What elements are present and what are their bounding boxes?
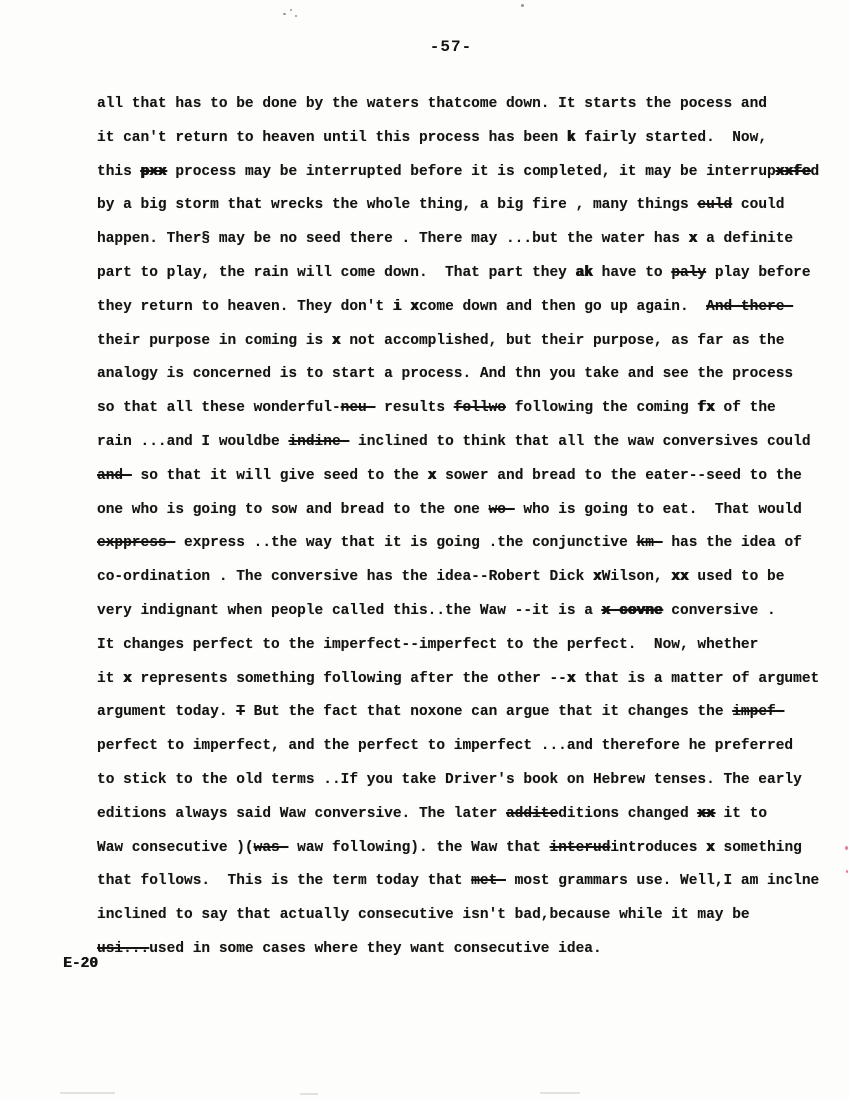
text-segment: a definite: [697, 231, 793, 247]
text-segment: introduces: [610, 840, 706, 856]
text-segment: it can't return to heaven until this pro…: [97, 130, 567, 146]
text-line: part to play, the rain will come down. T…: [97, 257, 817, 291]
text-segment: Waw consecutive )(: [97, 840, 254, 856]
text-segment: xx: [671, 569, 688, 585]
struck-text: interud: [550, 840, 611, 856]
text-segment: inclined to think that all the waw conve…: [349, 434, 810, 450]
struck-text: xxfe: [776, 164, 811, 180]
text-segment: ak: [576, 265, 593, 281]
scan-speck: [521, 4, 524, 7]
text-segment: has the idea of: [663, 535, 802, 551]
text-segment: so that all these wonderful-: [97, 400, 341, 416]
text-line: happen. Ther§ may be no seed there . The…: [97, 223, 817, 257]
text-line: one who is going to sow and bread to the…: [97, 494, 817, 528]
page-number: -57-: [26, 38, 850, 56]
text-segment: that follows. This is the term today tha…: [97, 873, 471, 889]
text-segment: of the: [715, 400, 776, 416]
struck-text: xx: [697, 806, 714, 822]
text-segment: fairly started. Now,: [576, 130, 767, 146]
struck-text: follwo: [454, 400, 506, 416]
text-segment: it: [97, 671, 123, 687]
text-segment: k: [567, 130, 576, 146]
text-segment: perfect to imperfect, and the perfect to…: [97, 738, 793, 754]
text-segment: Wilson,: [602, 569, 672, 585]
text-segment: argument today.: [97, 704, 236, 720]
text-line: by a big storm that wrecks the whole thi…: [97, 189, 817, 223]
text-segment: But the fact that noxone can argue that …: [245, 704, 732, 720]
scan-speck: [295, 15, 297, 17]
text-segment: used in some cases where they want conse…: [149, 941, 601, 957]
text-line: perfect to imperfect, and the perfect to…: [97, 730, 817, 764]
text-segment: to stick to the old terms ..If you take …: [97, 772, 802, 788]
text-segment: it to: [715, 806, 767, 822]
text-segment: their purpose in coming is: [97, 333, 332, 349]
text-line: analogy is concerned is to start a proce…: [97, 358, 817, 392]
text-line: so that all these wonderful-neu- results…: [97, 392, 817, 426]
text-segment: who is going to eat. That would: [515, 502, 802, 518]
document-body: all that has to be done by the waters th…: [97, 88, 817, 967]
text-line: inclined to say that actually consecutiv…: [97, 899, 817, 933]
scan-smudge: [300, 1093, 318, 1095]
text-line: it can't return to heaven until this pro…: [97, 122, 817, 156]
text-segment: results: [375, 400, 453, 416]
text-segment: that is a matter of argumet: [576, 671, 820, 687]
struck-text: addite: [506, 806, 558, 822]
text-segment: It changes perfect to the imperfect--imp…: [97, 637, 758, 653]
text-segment: could: [732, 197, 784, 213]
struck-text: paly: [671, 265, 706, 281]
text-segment: they return to heaven. They don't: [97, 299, 393, 315]
text-segment: x: [567, 671, 576, 687]
struck-text: km-: [637, 535, 663, 551]
struck-text: and-: [97, 468, 132, 484]
text-segment: something: [715, 840, 802, 856]
text-line: this pxx process may be interrupted befo…: [97, 156, 817, 190]
footer-reel-label: E-20: [63, 956, 98, 972]
text-segment: x: [593, 569, 602, 585]
scanned-typewritten-page: -57- all that has to be done by the wate…: [0, 0, 850, 1100]
text-segment: fx: [697, 400, 714, 416]
scan-speck: [846, 870, 848, 873]
text-segment: ditions changed: [558, 806, 697, 822]
text-segment: co-ordination . The conversive has the i…: [97, 569, 593, 585]
text-line: co-ordination . The conversive has the i…: [97, 561, 817, 595]
scan-smudge: [540, 1092, 580, 1094]
text-segment: one who is going to sow and bread to the…: [97, 502, 489, 518]
text-segment: editions always said Waw conversive. The…: [97, 806, 506, 822]
struck-text: was-: [254, 840, 289, 856]
text-segment: analogy is concerned is to start a proce…: [97, 366, 793, 382]
text-segment: represents something following after the…: [132, 671, 567, 687]
struck-text: usi...: [97, 941, 149, 957]
text-segment: play before: [706, 265, 810, 281]
struck-text: euld: [697, 197, 732, 213]
text-segment: part to play, the rain will come down. T…: [97, 265, 576, 281]
text-line: Waw consecutive )(was- waw following). t…: [97, 832, 817, 866]
text-line: that follows. This is the term today tha…: [97, 865, 817, 899]
text-segment: x: [410, 299, 419, 315]
text-line: usi...used in some cases where they want…: [97, 933, 817, 967]
text-segment: rain ...and I wouldbe: [97, 434, 288, 450]
scan-speck: [845, 846, 848, 850]
scan-smudge: [60, 1092, 115, 1094]
text-line: to stick to the old terms ..If you take …: [97, 764, 817, 798]
text-segment: very indignant when people called this..…: [97, 603, 602, 619]
struck-text: x-covne: [602, 603, 663, 619]
text-line: very indignant when people called this..…: [97, 595, 817, 629]
text-segment: conversive .: [663, 603, 776, 619]
text-line: and- so that it will give seed to the x …: [97, 460, 817, 494]
text-segment: used to be: [689, 569, 785, 585]
text-segment: this: [97, 164, 141, 180]
struck-text: impef-: [732, 704, 784, 720]
text-segment: most grammars use. Well,I am inclne: [506, 873, 819, 889]
text-line: they return to heaven. They don't i xcom…: [97, 291, 817, 325]
struck-text: indine-: [288, 434, 349, 450]
struck-text: And-there-: [706, 299, 793, 315]
text-segment: so that it will give seed to the: [132, 468, 428, 484]
text-segment: inclined to say that actually consecutiv…: [97, 907, 750, 923]
struck-text: exppress-: [97, 535, 175, 551]
text-line: their purpose in coming is x not accompl…: [97, 325, 817, 359]
text-segment: following the coming: [506, 400, 697, 416]
text-segment: by a big storm that wrecks the whole thi…: [97, 197, 697, 213]
text-line: all that has to be done by the waters th…: [97, 88, 817, 122]
scan-speck: [290, 9, 292, 11]
struck-text: met-: [471, 873, 506, 889]
text-segment: [402, 299, 411, 315]
struck-text: T: [236, 704, 245, 720]
text-line: it x represents something following afte…: [97, 663, 817, 697]
text-segment: have to: [593, 265, 671, 281]
text-segment: x: [123, 671, 132, 687]
struck-text: neu-: [341, 400, 376, 416]
text-line: exppress- express ..the way that it is g…: [97, 527, 817, 561]
text-line: argument today. T But the fact that noxo…: [97, 696, 817, 730]
struck-text: wo-: [489, 502, 515, 518]
text-segment: express ..the way that it is going .the …: [175, 535, 636, 551]
text-segment: all that has to be done by the waters th…: [97, 96, 767, 112]
text-segment: waw following). the Waw that: [288, 840, 549, 856]
text-segment: x: [332, 333, 341, 349]
scan-speck: [283, 13, 286, 15]
text-line: editions always said Waw conversive. The…: [97, 798, 817, 832]
text-segment: d: [811, 164, 820, 180]
text-segment: not accomplished, but their purpose, as …: [341, 333, 785, 349]
text-segment: i: [393, 299, 402, 315]
struck-text: pxx: [141, 164, 167, 180]
text-segment: happen. Ther§ may be no seed there . The…: [97, 231, 689, 247]
text-segment: process may be interrupted before it is …: [167, 164, 776, 180]
text-line: It changes perfect to the imperfect--imp…: [97, 629, 817, 663]
text-segment: x: [706, 840, 715, 856]
text-segment: sower and bread to the eater--seed to th…: [436, 468, 801, 484]
text-segment: come down and then go up again.: [419, 299, 706, 315]
text-line: rain ...and I wouldbe indine- inclined t…: [97, 426, 817, 460]
